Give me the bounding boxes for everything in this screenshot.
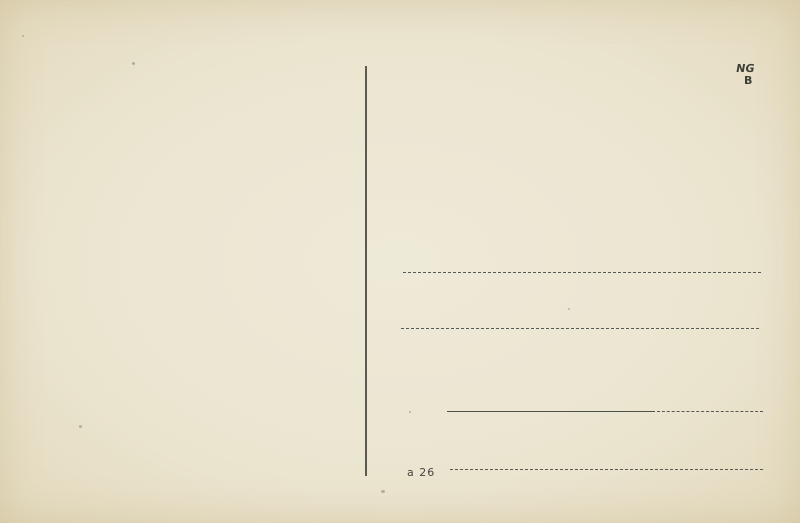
paper-speck <box>132 62 135 65</box>
address-line-2 <box>401 328 759 329</box>
paper-speck <box>568 308 570 310</box>
publisher-monogram-icon: NG B <box>735 58 763 88</box>
paper-speck <box>381 490 385 493</box>
address-line-1 <box>403 272 761 273</box>
vertical-divider <box>365 66 367 476</box>
paper-speck <box>79 425 82 428</box>
address-line-4 <box>450 469 763 470</box>
paper-speck <box>409 411 411 413</box>
postcard-back: NG B a 26 <box>0 0 800 523</box>
reference-code: a 26 <box>407 466 435 479</box>
svg-text:B: B <box>744 74 752 87</box>
address-line-3-dashed <box>657 411 763 412</box>
paper-speck <box>22 35 24 37</box>
address-line-3 <box>447 411 655 412</box>
